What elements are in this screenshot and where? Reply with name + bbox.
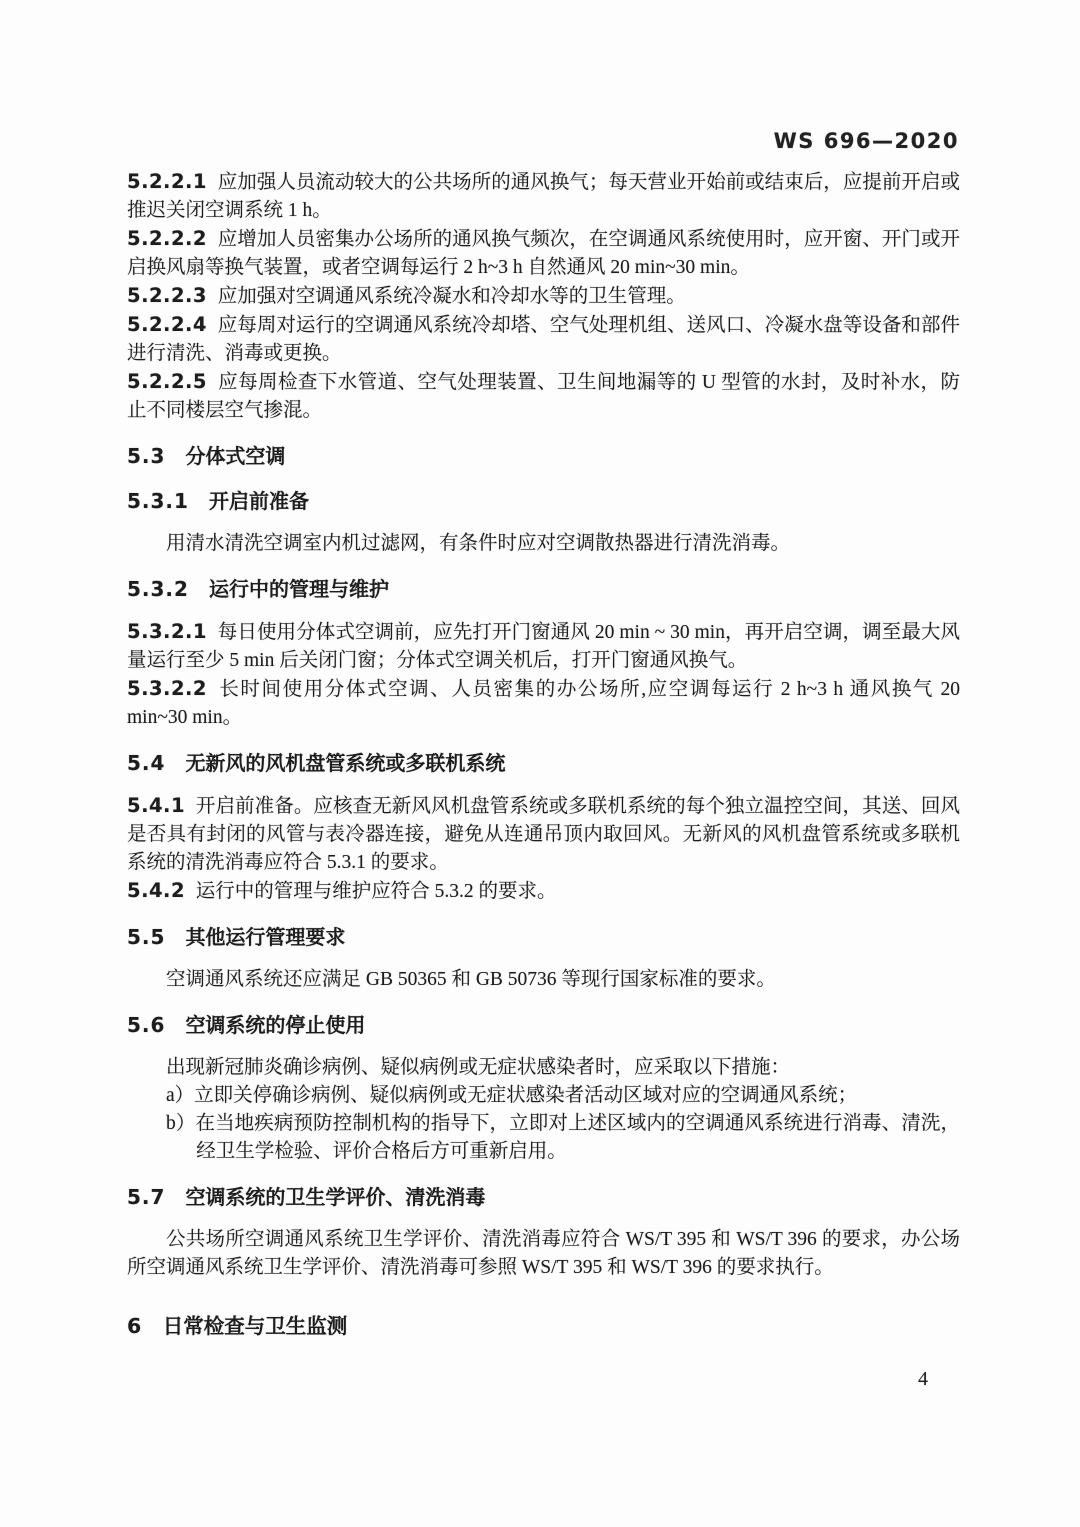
clause-5.4.1: 5.4.1开启前准备。应核查无新风风机盘管系统或多联机系统的每个独立温控空间，其… — [127, 792, 960, 877]
heading-title: 其他运行管理要求 — [185, 925, 345, 949]
heading-title: 无新风的风机盘管系统或多联机系统 — [185, 751, 505, 775]
clause-5.2.2.1: 5.2.2.1应加强人员流动较大的公共场所的通风换气；每天营业开始前或结束后，应… — [127, 168, 960, 225]
clause-number: 5.2.2.5 — [127, 370, 207, 393]
heading-5.3.2: 5.3.2运行中的管理与维护 — [127, 575, 960, 603]
paragraph-5.3.1-body: 用清水清洗空调室内机过滤网，有条件时应对空调散热器进行清洗消毒。 — [127, 530, 960, 558]
clause-5.2.2.2: 5.2.2.2应增加人员密集办公场所的通风换气频次，在空调通风系统使用时，应开窗… — [127, 225, 960, 282]
clause-text: 应加强对空调通风系统冷凝水和冷却水等的卫生管理。 — [218, 286, 686, 307]
paragraph-5.7-body: 公共场所空调通风系统卫生学评价、清洗消毒应符合 WS/T 395 和 WS/T … — [127, 1226, 960, 1282]
heading-title: 空调系统的卫生学评价、清洗消毒 — [185, 1185, 485, 1209]
clause-text: 应每周检查下水管道、空气处理装置、卫生间地漏等的 U 型管的水封，及时补水，防止… — [127, 372, 960, 421]
heading-5.3.1: 5.3.1开启前准备 — [127, 487, 960, 515]
heading-number: 5.3 — [127, 444, 165, 468]
clause-5.2.2.4: 5.2.2.4应每周对运行的空调通风系统冷却塔、空气处理机组、送风口、冷凝水盘等… — [127, 311, 960, 368]
list-text: 在当地疾病预防控制机构的指导下，立即对上述区域内的空调通风系统进行消毒、清洗，经… — [195, 1113, 960, 1162]
heading-title: 分体式空调 — [185, 444, 285, 468]
paragraph-5.5-body: 空调通风系统还应满足 GB 50365 和 GB 50736 等现行国家标准的要… — [127, 966, 960, 994]
clause-number: 5.3.2.1 — [127, 620, 207, 643]
heading-number: 5.6 — [127, 1013, 165, 1037]
heading-number: 5.7 — [127, 1185, 165, 1209]
clause-text: 应每周对运行的空调通风系统冷却塔、空气处理机组、送风口、冷凝水盘等设备和部件进行… — [127, 315, 960, 364]
clause-5.2.2.5: 5.2.2.5应每周检查下水管道、空气处理装置、卫生间地漏等的 U 型管的水封，… — [127, 368, 960, 425]
clause-number: 5.2.2.4 — [127, 313, 207, 336]
clause-text: 每日使用分体式空调前，应先打开门窗通风 20 min ~ 30 min，再开启空… — [127, 622, 960, 671]
clause-text: 应增加人员密集办公场所的通风换气频次，在空调通风系统使用时，应开窗、开门或开启换… — [127, 229, 960, 278]
clause-number: 5.4.2 — [127, 879, 185, 902]
list-text: 立即关停确诊病例、疑似病例或无症状感染者活动区域对应的空调通风系统； — [194, 1085, 857, 1106]
clause-number: 5.2.2.3 — [127, 284, 207, 307]
clause-text: 开启前准备。应核查无新风风机盘管系统或多联机系统的每个独立温控空间，其送、回风是… — [127, 796, 960, 873]
paragraph-5.6-intro: 出现新冠肺炎确诊病例、疑似病例或无症状感染者时，应采取以下措施： — [127, 1054, 960, 1082]
list-marker: a） — [166, 1085, 194, 1106]
clause-number: 5.3.2.2 — [127, 677, 207, 700]
clause-5.2.2.3: 5.2.2.3应加强对空调通风系统冷凝水和冷却水等的卫生管理。 — [127, 282, 960, 311]
list-item-a: a）立即关停确诊病例、疑似病例或无症状感染者活动区域对应的空调通风系统； — [166, 1082, 960, 1110]
heading-title: 运行中的管理与维护 — [209, 577, 389, 601]
list-marker: b） — [166, 1113, 195, 1134]
heading-title: 空调系统的停止使用 — [185, 1013, 365, 1037]
clause-text: 长时间使用分体式空调、人员密集的办公场所,应空调每运行 2 h~3 h 通风换气… — [127, 679, 960, 728]
clause-number: 5.2.2.2 — [127, 227, 207, 250]
heading-5.5: 5.5其他运行管理要求 — [127, 923, 960, 951]
heading-number: 5.3.2 — [127, 577, 189, 601]
clause-number: 5.4.1 — [127, 794, 185, 817]
heading-5.3: 5.3分体式空调 — [127, 442, 960, 470]
heading-number: 5.5 — [127, 925, 165, 949]
clause-text: 运行中的管理与维护应符合 5.3.2 的要求。 — [196, 881, 557, 902]
document-page: WS 696—2020 5.2.2.1应加强人员流动较大的公共场所的通风换气；每… — [0, 0, 1080, 1527]
heading-number: 5.3.1 — [127, 489, 189, 513]
clause-5.3.2.1: 5.3.2.1每日使用分体式空调前，应先打开门窗通风 20 min ~ 30 m… — [127, 618, 960, 675]
heading-number: 5.4 — [127, 751, 165, 775]
list-item-b: b）在当地疾病预防控制机构的指导下，立即对上述区域内的空调通风系统进行消毒、清洗… — [166, 1110, 960, 1166]
heading-6: 6日常检查与卫生监测 — [127, 1312, 960, 1340]
heading-5.7: 5.7空调系统的卫生学评价、清洗消毒 — [127, 1183, 960, 1211]
heading-number: 6 — [127, 1314, 142, 1338]
clause-5.4.2: 5.4.2运行中的管理与维护应符合 5.3.2 的要求。 — [127, 877, 960, 906]
clause-number: 5.2.2.1 — [127, 170, 207, 193]
standard-code-header: WS 696—2020 — [774, 129, 959, 153]
clause-5.3.2.2: 5.3.2.2长时间使用分体式空调、人员密集的办公场所,应空调每运行 2 h~3… — [127, 675, 960, 732]
document-body: 5.2.2.1应加强人员流动较大的公共场所的通风换气；每天营业开始前或结束后，应… — [127, 168, 960, 1355]
page-number: 4 — [918, 1368, 928, 1391]
clause-text: 应加强人员流动较大的公共场所的通风换气；每天营业开始前或结束后，应提前开启或推迟… — [127, 172, 960, 221]
heading-5.4: 5.4无新风的风机盘管系统或多联机系统 — [127, 749, 960, 777]
heading-5.6: 5.6空调系统的停止使用 — [127, 1011, 960, 1039]
heading-title: 日常检查与卫生监测 — [163, 1314, 348, 1338]
heading-title: 开启前准备 — [209, 489, 309, 513]
